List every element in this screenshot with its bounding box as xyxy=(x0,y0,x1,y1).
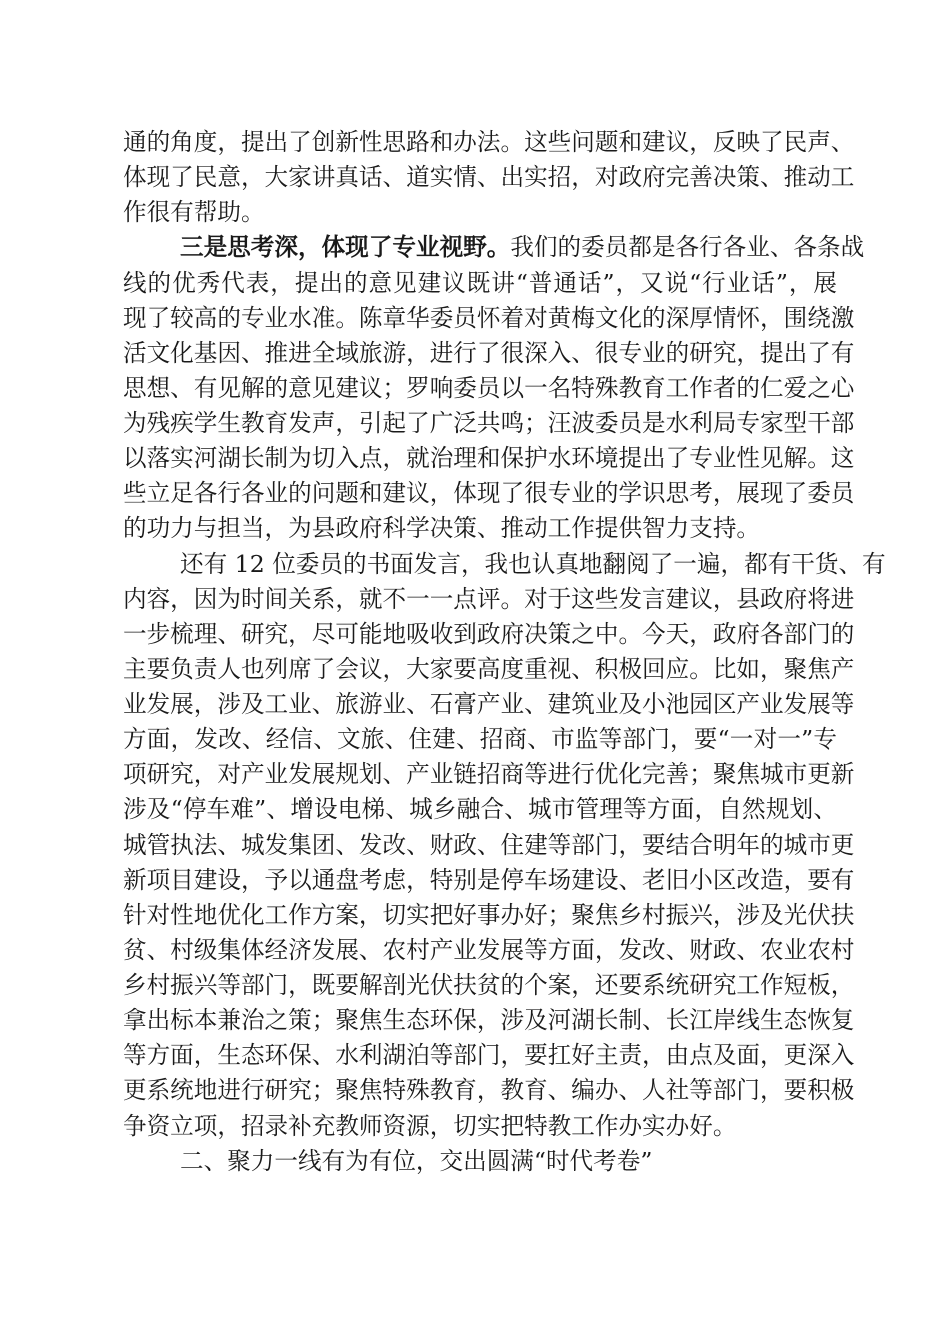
text-line: 的功力与担当，为县政府科学决策、推动工作提供智力支持。 xyxy=(123,511,837,546)
paragraph-2: 三是思考深，体现了专业视野。我们的委员都是各行各业、各条战 线的优秀代表，提出的… xyxy=(123,230,837,546)
text-line: 通的角度，提出了创新性思路和办法。这些问题和建议，反映了民声、 xyxy=(123,125,837,160)
text-line: 针对性地优化工作方案，切实把好事办好；聚焦乡村振兴，涉及光伏扶 xyxy=(123,898,837,933)
section-heading: 二、聚力一线有为有位，交出圆满“时代考卷” xyxy=(123,1144,837,1179)
section-heading-text: 二、聚力一线有为有位，交出圆满“时代考卷” xyxy=(123,1144,837,1179)
text-line: 涉及“停车难”、增设电梯、城乡融合、城市管理等方面，自然规划、 xyxy=(123,792,837,827)
text-line: 更系统地进行研究；聚焦特殊教育，教育、编办、人社等部门，要积极 xyxy=(123,1073,837,1108)
paragraph-lead-rest: 我们的委员都是各行各业、各条战 xyxy=(510,233,864,261)
text-line: 活文化基因、推进全域旅游，进行了很深入、很专业的研究，提出了有 xyxy=(123,336,837,371)
document-page: 通的角度，提出了创新性思路和办法。这些问题和建议，反映了民声、 体现了民意，大家… xyxy=(123,125,837,1179)
text-line: 一步梳理、研究，尽可能地吸收到政府决策之中。今天，政府各部门的 xyxy=(123,617,837,652)
text-line: 三是思考深，体现了专业视野。我们的委员都是各行各业、各条战 xyxy=(123,230,837,265)
text-line: 些立足各行各业的问题和建议，体现了很专业的学识思考，展现了委员 xyxy=(123,476,837,511)
text-line: 还有 12 位委员的书面发言，我也认真地翻阅了一遍，都有干货、有 xyxy=(123,547,837,582)
paragraph-3: 还有 12 位委员的书面发言，我也认真地翻阅了一遍，都有干货、有 内容，因为时间… xyxy=(123,547,837,1144)
text-line: 现了较高的专业水准。陈章华委员怀着对黄梅文化的深厚情怀，围绕激 xyxy=(123,301,837,336)
text-line: 新项目建设，予以通盘考虑，特别是停车场建设、老旧小区改造，要有 xyxy=(123,863,837,898)
text-line: 以落实河湖长制为切入点，就治理和保护水环境提出了专业性见解。这 xyxy=(123,441,837,476)
text-line: 内容，因为时间关系，就不一一点评。对于这些发言建议，县政府将进 xyxy=(123,582,837,617)
text-line: 拿出标本兼治之策；聚焦生态环保，涉及河湖长制、长江岸线生态恢复 xyxy=(123,1003,837,1038)
paragraph-1: 通的角度，提出了创新性思路和办法。这些问题和建议，反映了民声、 体现了民意，大家… xyxy=(123,125,837,230)
text-line: 主要负责人也列席了会议，大家要高度重视、积极回应。比如，聚焦产 xyxy=(123,652,837,687)
text-line: 乡村振兴等部门，既要解剖光伏扶贫的个案，还要系统研究工作短板， xyxy=(123,968,837,1003)
text-line: 线的优秀代表，提出的意见建议既讲“普通话”，又说“行业话”，展 xyxy=(123,266,837,301)
text-line: 思想、有见解的意见建议；罗响委员以一名特殊教育工作者的仁爱之心 xyxy=(123,371,837,406)
text-line: 争资立项，招录补充教师资源，切实把特教工作办实办好。 xyxy=(123,1109,837,1144)
text-line: 贫、村级集体经济发展、农村产业发展等方面，发改、财政、农业农村 xyxy=(123,933,837,968)
text-line: 等方面，生态环保、水利湖泊等部门，要扛好主责，由点及面，更深入 xyxy=(123,1038,837,1073)
text-line: 方面，发改、经信、文旅、住建、招商、市监等部门，要“一对一”专 xyxy=(123,722,837,757)
text-line: 城管执法、城发集团、发改、财政、住建等部门，要结合明年的城市更 xyxy=(123,828,837,863)
text-line: 项研究，对产业发展规划、产业链招商等进行优化完善；聚焦城市更新 xyxy=(123,757,837,792)
text-line: 为残疾学生教育发声，引起了广泛共鸣；汪波委员是水利局专家型干部 xyxy=(123,406,837,441)
text-line: 业发展，涉及工业、旅游业、石膏产业、建筑业及小池园区产业发展等 xyxy=(123,687,837,722)
text-line: 体现了民意，大家讲真话、道实情、出实招，对政府完善决策、推动工 xyxy=(123,160,837,195)
paragraph-lead-bold: 三是思考深，体现了专业视野。 xyxy=(180,233,510,261)
text-line: 作很有帮助。 xyxy=(123,195,837,230)
